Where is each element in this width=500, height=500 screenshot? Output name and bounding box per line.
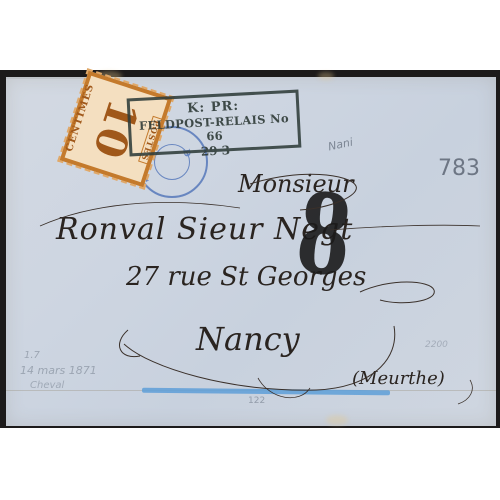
- pencil-note-bottom-left-3: Cheval: [30, 380, 64, 391]
- pencil-note-bottom-left-1: 1.7: [24, 350, 40, 361]
- pencil-note-bottom-right: 2200: [425, 340, 448, 350]
- feldpost-box-cancel: K: PR: FELDPOST-RELAIS No 66 29 3: [127, 90, 302, 157]
- stain: [318, 72, 334, 80]
- pencil-note-bottom-center: 122: [248, 396, 265, 406]
- address-city: Nancy: [196, 320, 300, 358]
- postage-due-mark: 8: [292, 178, 357, 293]
- stain: [326, 415, 348, 425]
- pencil-note-bottom-left-2: 14 mars 1871: [20, 364, 97, 377]
- address-department: (Meurthe): [352, 368, 445, 389]
- fold-edge: [6, 77, 98, 79]
- inventory-number: 783: [438, 156, 480, 181]
